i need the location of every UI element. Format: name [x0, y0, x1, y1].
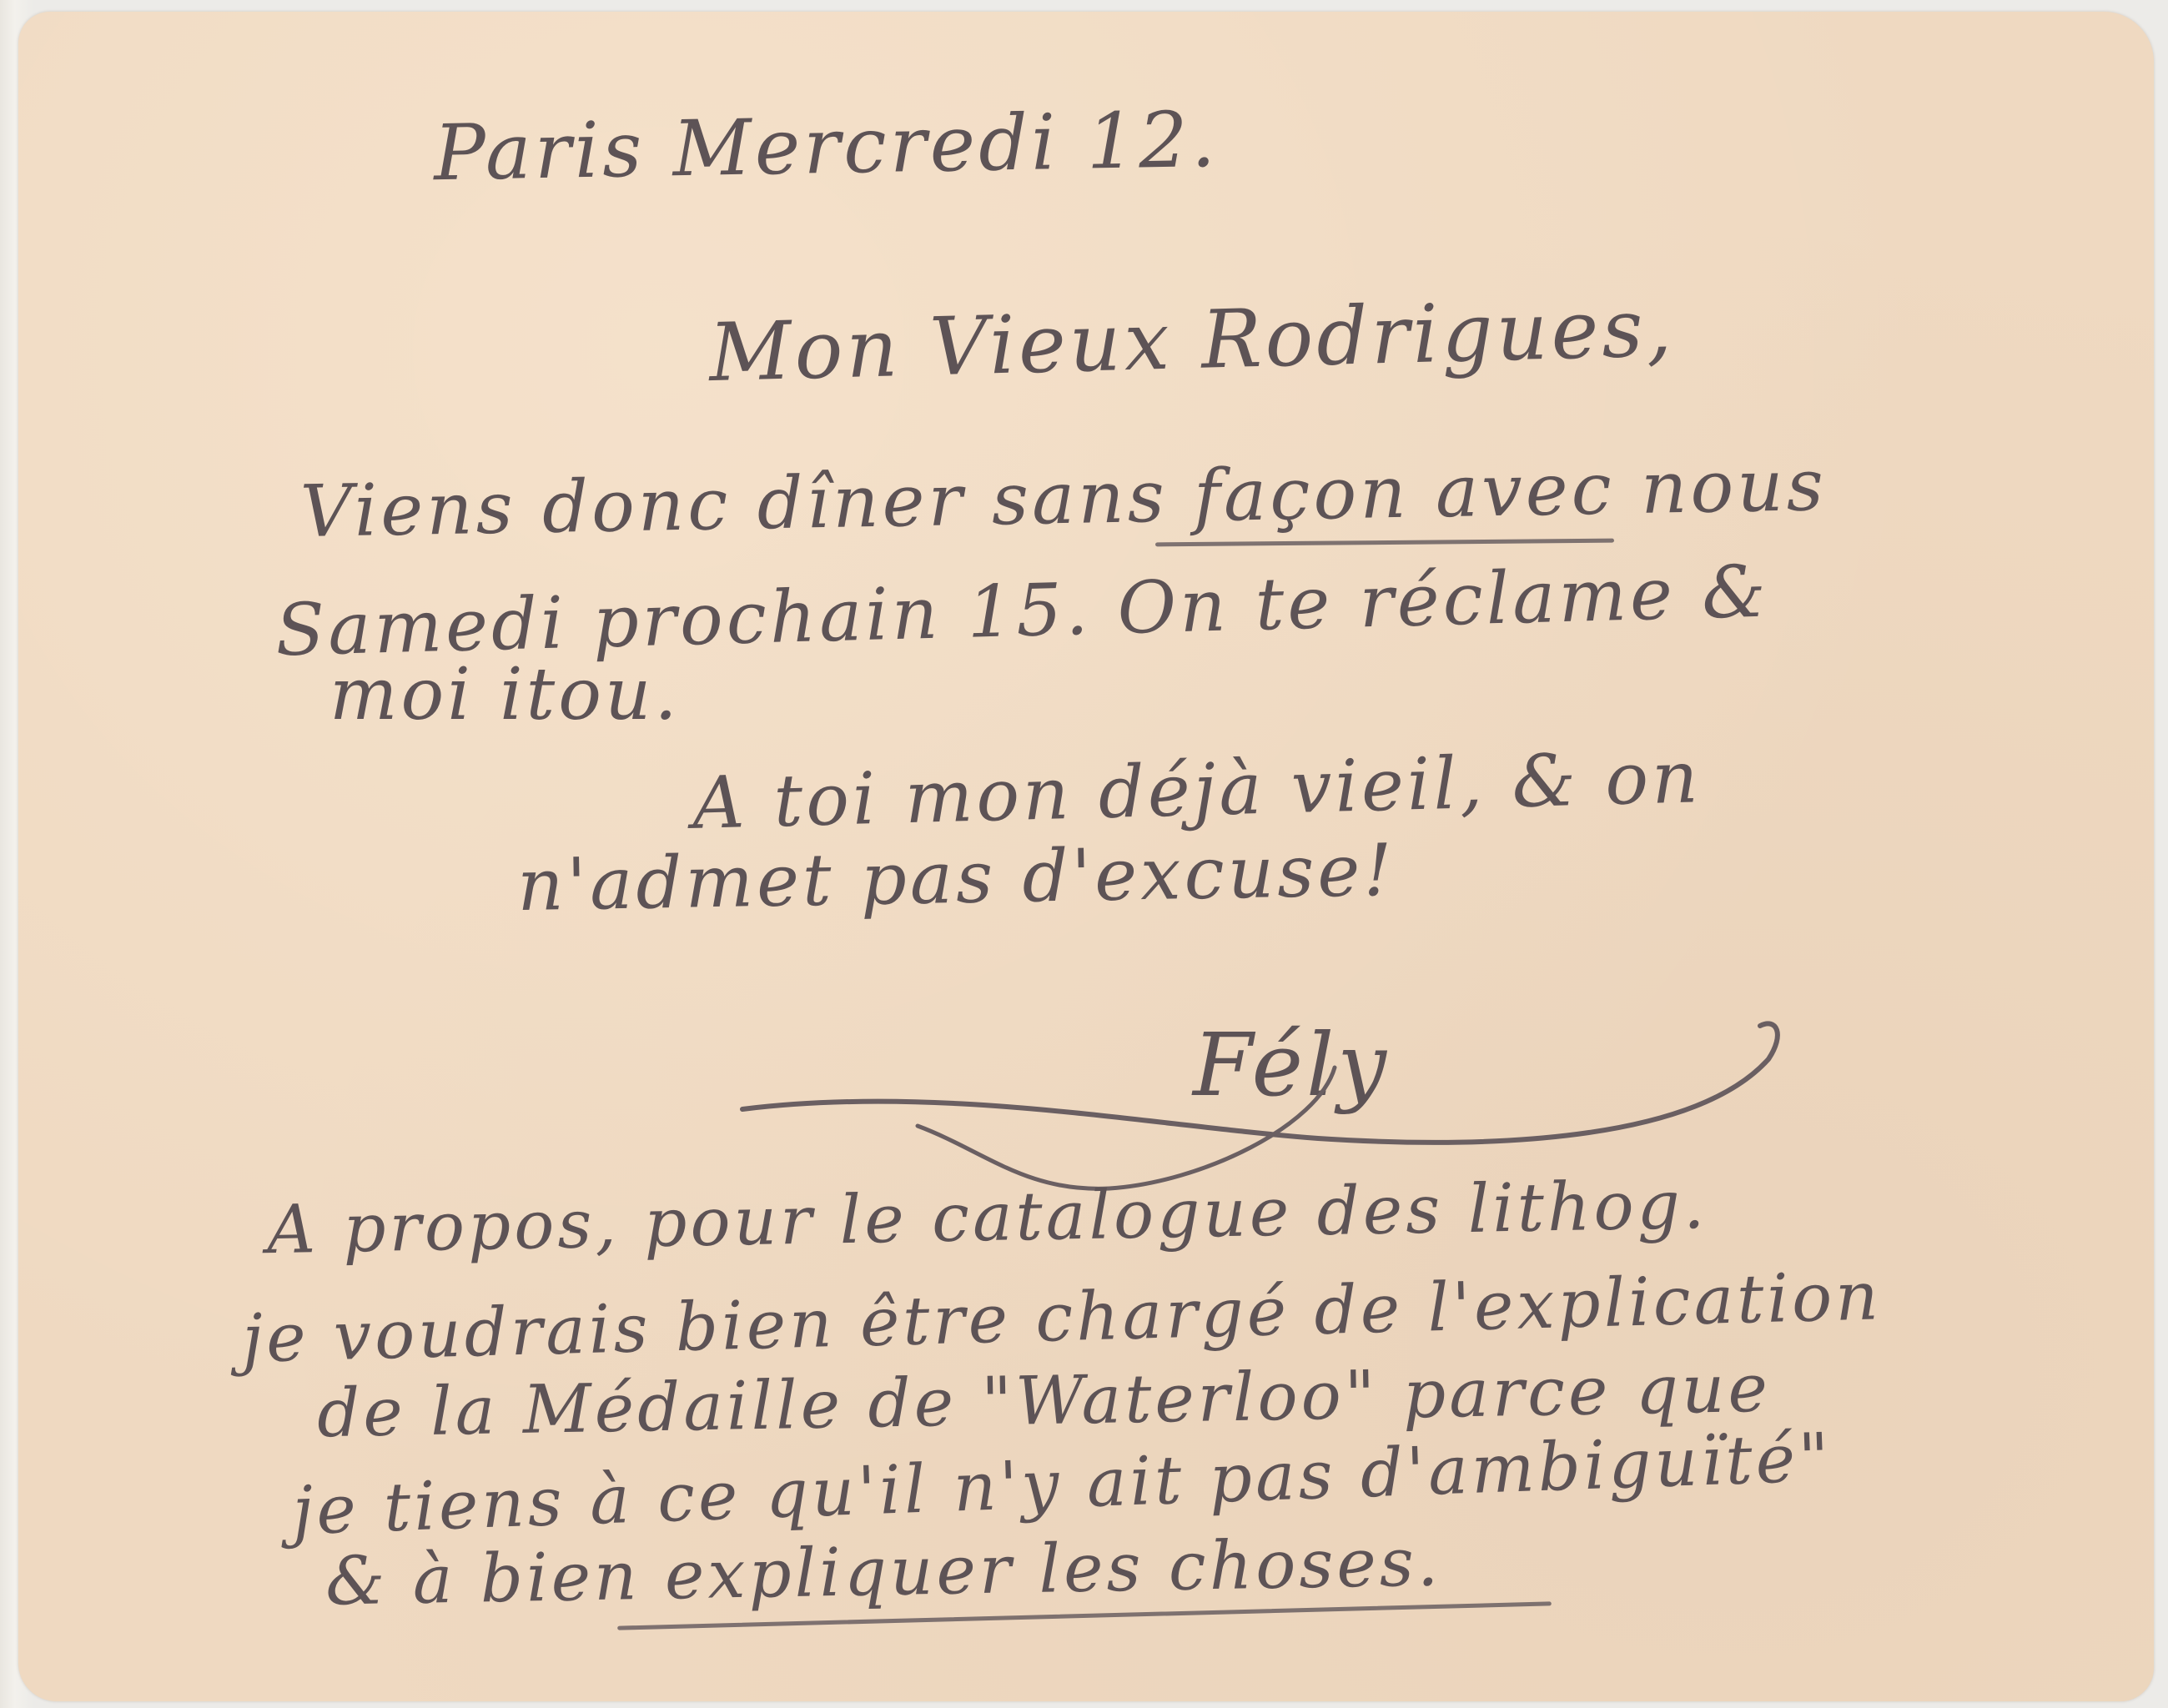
dateline: Paris Mercredi 12.: [433, 102, 1219, 192]
body-line: n'admet pas d'excuse!: [516, 835, 1396, 922]
postscript-line: & à bien expliquer les choses.: [324, 1529, 1441, 1615]
body-line: moi itou.: [329, 659, 681, 731]
salutation: Mon Vieux Rodrigues,: [708, 288, 1676, 393]
signature-flourish-icon: [734, 959, 1818, 1193]
